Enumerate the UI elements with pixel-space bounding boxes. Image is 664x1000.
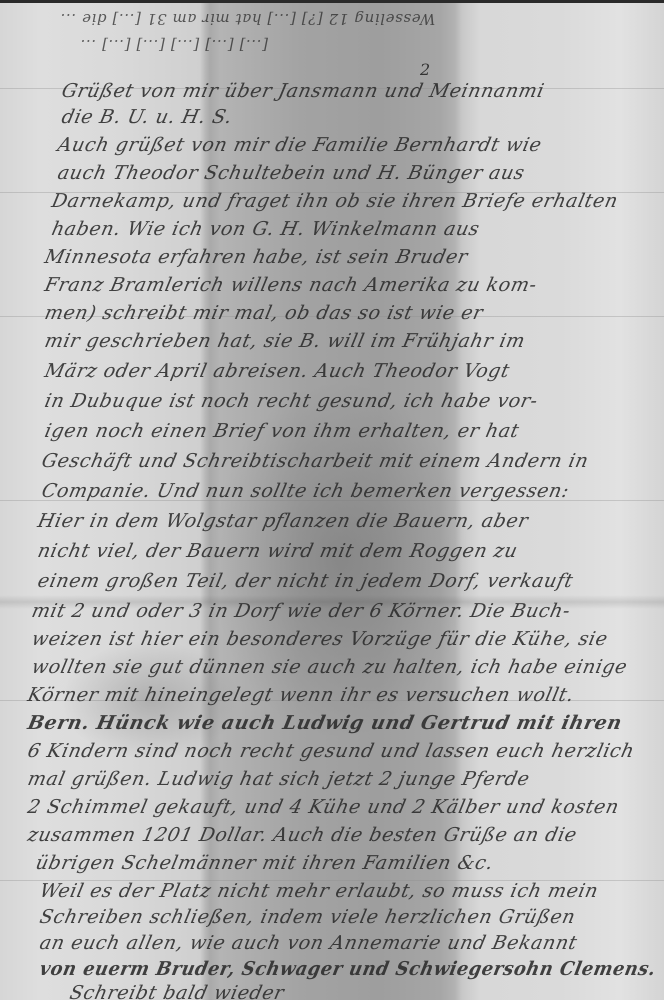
letter-line: Franz Bramlerich willens nach Amerika zu… <box>43 274 539 296</box>
letter-line: Auch grüßet von mir die Familie Bernhard… <box>56 134 544 156</box>
letter-line: haben. Wie ich von G. H. Winkelmann aus <box>50 218 482 240</box>
letter-line: men) schreibt mir mal, ob das so ist wie… <box>43 302 486 324</box>
letter-line: Grüßet von mir über Jansmann und Meinnan… <box>60 80 547 102</box>
letter-line: Weil es der Platz nicht mehr erlaubt, so… <box>38 880 601 902</box>
letter-line: die B. U. u. H. S. <box>60 106 235 128</box>
letter-closing: Schreibt bald wieder <box>68 982 287 1000</box>
letter-line: igen noch einen Brief von ihm erhalten, … <box>43 420 522 442</box>
letter-line: mal grüßen. Ludwig hat sich jetzt 2 jung… <box>26 768 532 790</box>
letter-line: Körner mit hineingelegt wenn ihr es vers… <box>26 684 577 706</box>
letter-line: wollten sie gut dünnen sie auch zu halte… <box>30 656 630 678</box>
letter-line: weizen ist hier ein besonderes Vorzüge f… <box>30 628 610 650</box>
letter-line: 2 Schimmel gekauft, und 4 Kühe und 2 Käl… <box>26 796 622 818</box>
letter-line: Minnesota erfahren habe, ist sein Bruder <box>43 246 470 268</box>
letter-line: März oder April abreisen. Auch Theodor V… <box>43 360 512 382</box>
letter-line: Schreiben schließen, indem viele herzlic… <box>38 906 578 928</box>
scanned-letter-page: Wesseling 12 [?] [...] hat mir am 31 [..… <box>0 0 664 1000</box>
letter-line: zusammen 1201 Dollar. Auch die besten Gr… <box>26 824 579 846</box>
letter-line: an euch allen, wie auch von Annemarie un… <box>38 932 580 954</box>
letter-line: Companie. Und nun sollte ich bemerken ve… <box>40 480 572 502</box>
letter-line: Geschäft und Schreibtischarbeit mit eine… <box>40 450 591 472</box>
letter-line: mit 2 und oder 3 in Dorf wie der 6 Körne… <box>30 600 573 622</box>
letter-line: in Dubuque ist noch recht gesund, ich ha… <box>43 390 540 412</box>
letter-line: übrigen Schelmänner mit ihren Familien &… <box>34 852 496 874</box>
upside-down-note-line-2: [...] [...] [...] [...] [...] ... <box>80 36 268 54</box>
letter-line: 6 Kindern sind noch recht gesund und las… <box>26 740 637 762</box>
letter-signature-line: von euerm Bruder, Schwager und Schwieger… <box>38 958 658 980</box>
letter-line: Bern. Hünck wie auch Ludwig und Gertrud … <box>26 712 625 734</box>
scan-top-border <box>0 0 664 3</box>
letter-line: Darnekamp, und fraget ihn ob sie ihren B… <box>50 190 621 212</box>
upside-down-note-line-1: Wesseling 12 [?] [...] hat mir am 31 [..… <box>60 10 435 28</box>
page-number: 2 <box>420 60 430 79</box>
letter-line: Hier in dem Wolgstar pflanzen die Bauern… <box>36 510 531 532</box>
letter-line: einem großen Teil, der nicht in jedem Do… <box>36 570 576 592</box>
letter-line: auch Theodor Schultebein und H. Bünger a… <box>56 162 527 184</box>
letter-line: mir geschrieben hat, sie B. will im Früh… <box>43 330 528 352</box>
letter-line: nicht viel, der Bauern wird mit dem Rogg… <box>36 540 520 562</box>
